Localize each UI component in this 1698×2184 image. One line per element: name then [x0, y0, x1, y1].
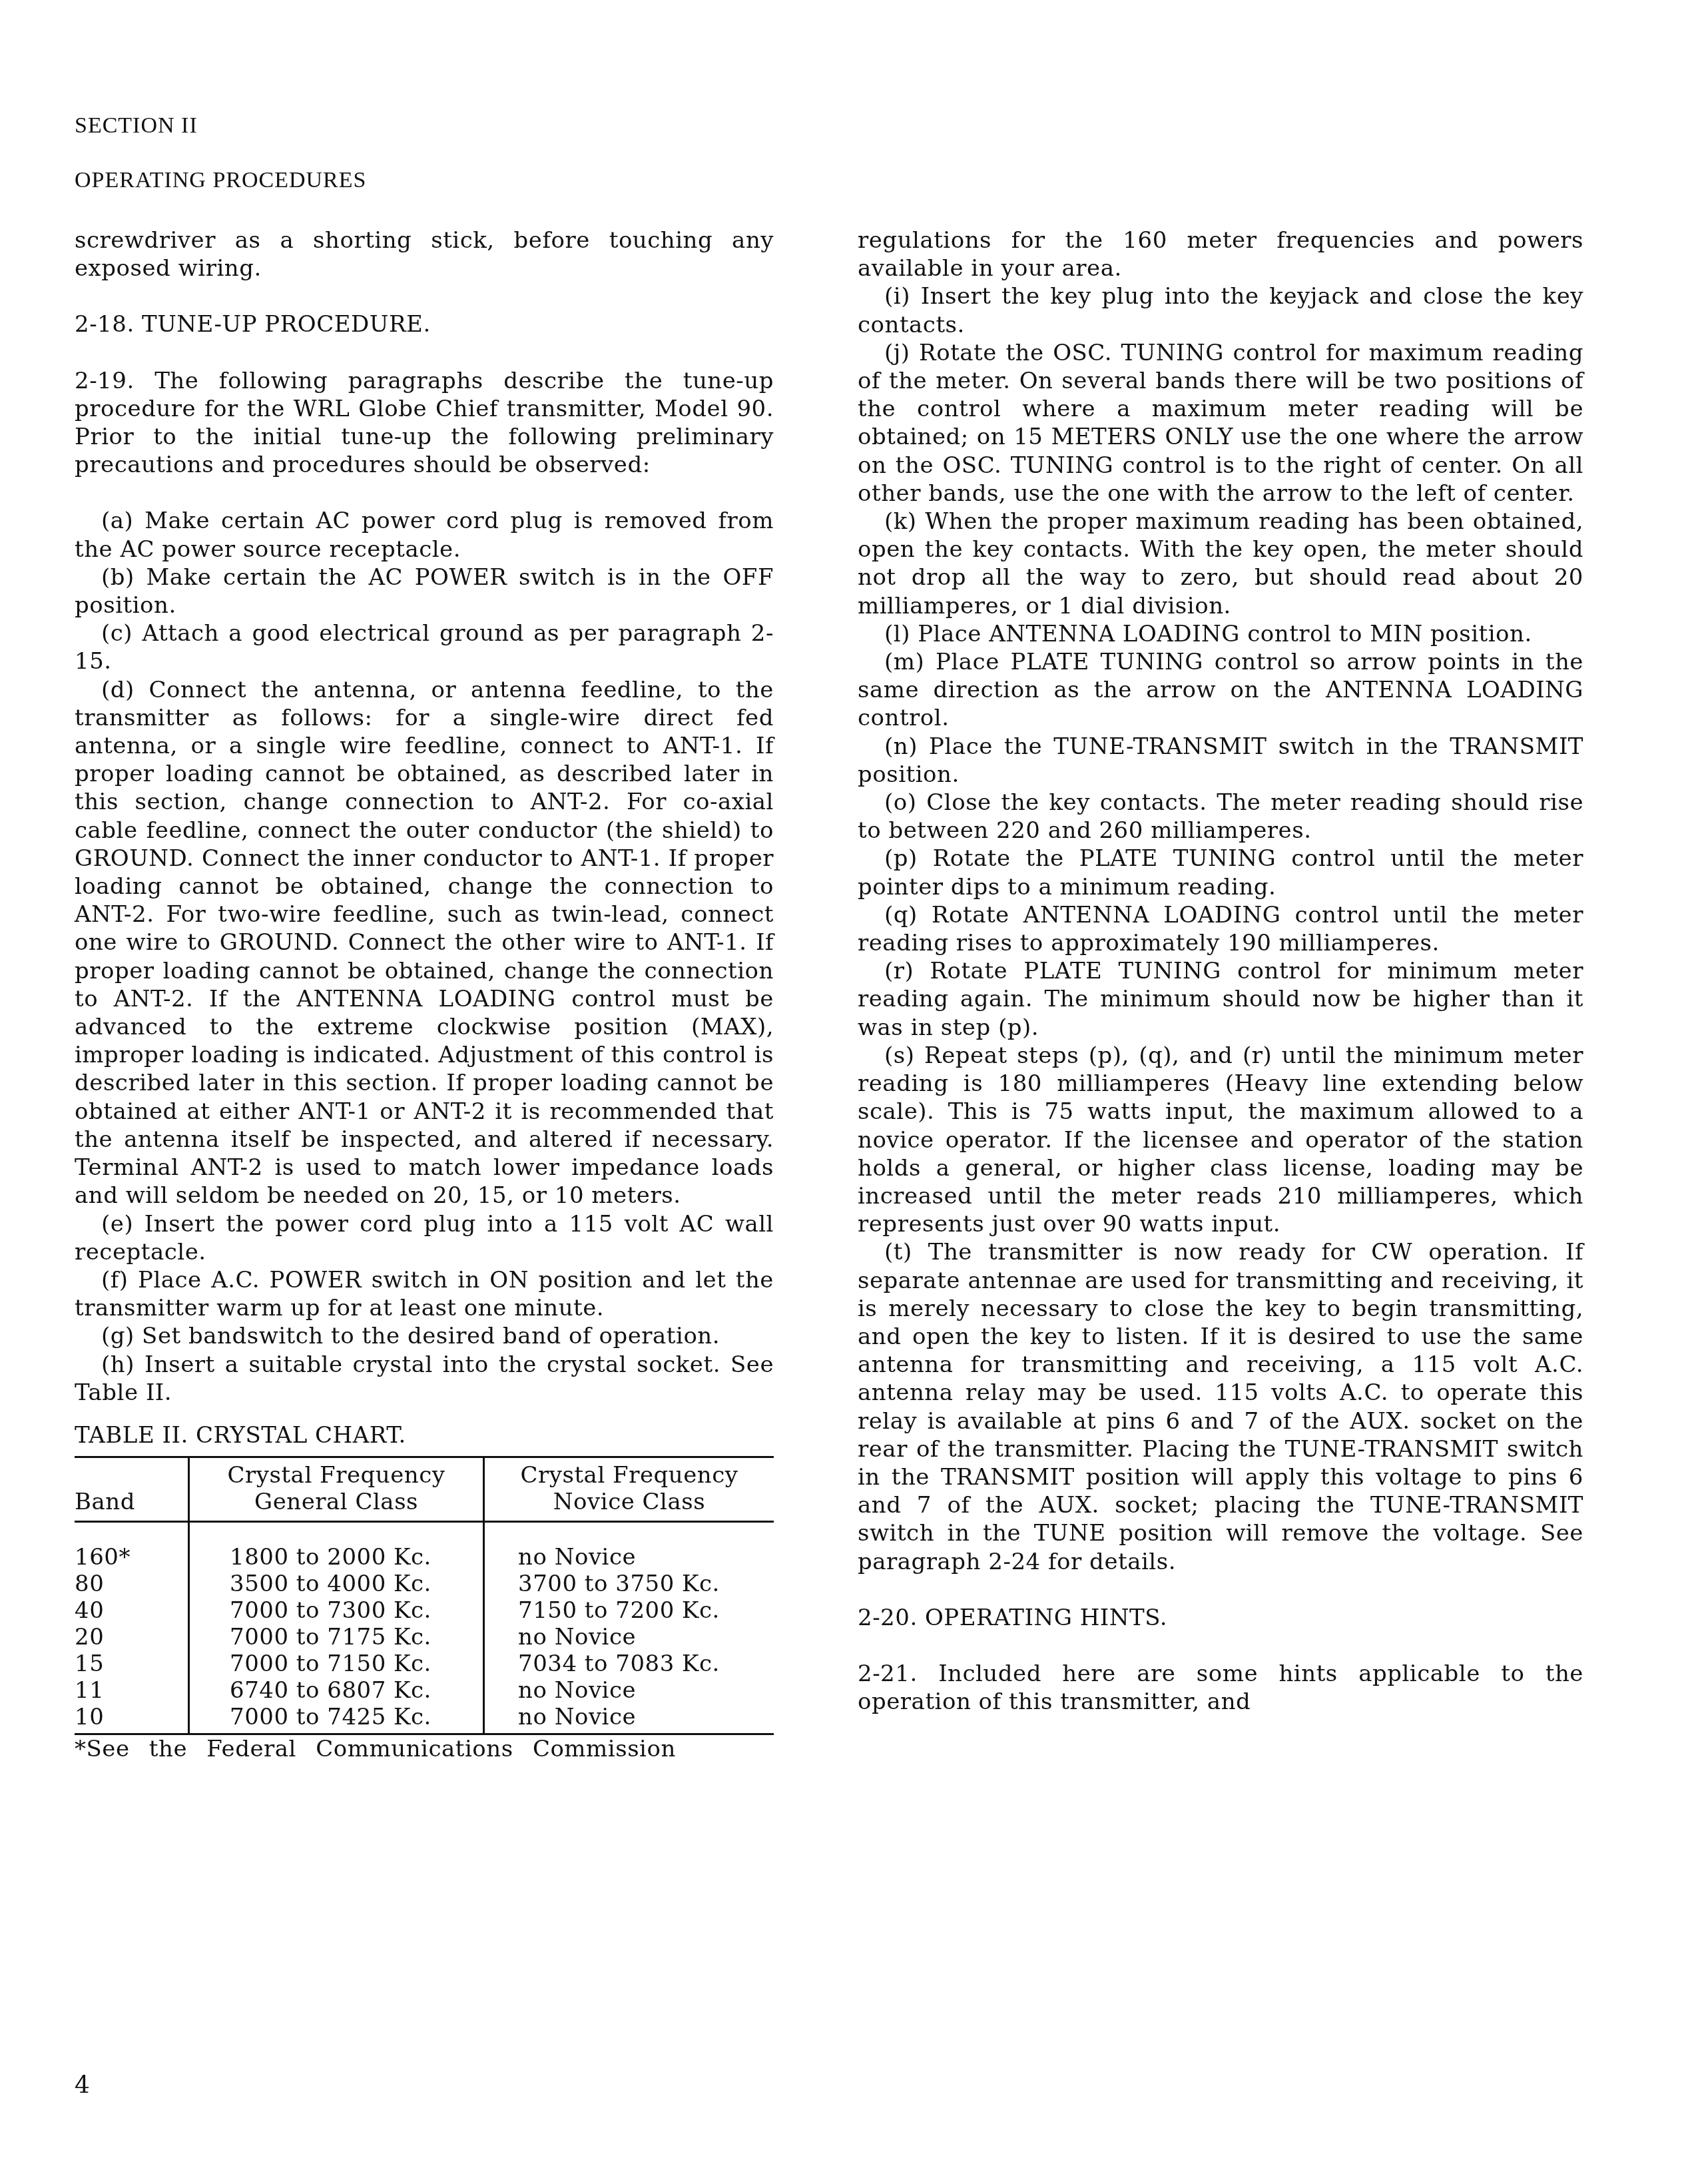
cell-general: 3500 to 4000 Kc. [189, 1571, 484, 1597]
step-b: (b) Make certain the AC POWER switch is … [75, 563, 774, 619]
header-general-class: Crystal Frequency General Class [189, 1457, 484, 1522]
cell-novice: no Novice [484, 1522, 774, 1571]
cell-band: 10 [75, 1704, 189, 1734]
step-c: (c) Attach a good electrical ground as p… [75, 619, 774, 675]
paragraph-2-19: 2-19. The following paragraphs describe … [75, 367, 774, 480]
table-header-row: Band Crystal Frequency General Class Cry… [75, 1457, 774, 1522]
cell-band: 11 [75, 1677, 189, 1704]
continuation-paragraph: regulations for the 160 meter frequencie… [858, 226, 1583, 282]
cell-general: 6740 to 6807 Kc. [189, 1677, 484, 1704]
cell-general: 1800 to 2000 Kc. [189, 1522, 484, 1571]
left-column: screwdriver as a shorting stick, before … [75, 226, 774, 1763]
table-row: 803500 to 4000 Kc.3700 to 3750 Kc. [75, 1571, 774, 1597]
cell-general: 7000 to 7300 Kc. [189, 1597, 484, 1624]
table-row: 407000 to 7300 Kc.7150 to 7200 Kc. [75, 1597, 774, 1624]
step-e: (e) Insert the power cord plug into a 11… [75, 1210, 774, 1266]
cell-band: 160* [75, 1522, 189, 1571]
step-q: (q) Rotate ANTENNA LOADING control until… [858, 901, 1583, 957]
right-column: regulations for the 160 meter frequencie… [858, 226, 1583, 1716]
table-row: 157000 to 7150 Kc.7034 to 7083 Kc. [75, 1650, 774, 1677]
cell-band: 20 [75, 1624, 189, 1650]
step-m: (m) Place PLATE TUNING control so arrow … [858, 648, 1583, 733]
cell-novice: 3700 to 3750 Kc. [484, 1571, 774, 1597]
cell-band: 40 [75, 1597, 189, 1624]
crystal-chart-table: Band Crystal Frequency General Class Cry… [75, 1456, 774, 1735]
section-title: OPERATING PROCEDURES [75, 168, 366, 193]
table-row: 160*1800 to 2000 Kc.no Novice [75, 1522, 774, 1571]
table-row: 107000 to 7425 Kc.no Novice [75, 1704, 774, 1734]
step-k: (k) When the proper maximum reading has … [858, 508, 1583, 620]
table-footnote: *See the Federal Communications Commissi… [75, 1735, 774, 1763]
step-r: (r) Rotate PLATE TUNING control for mini… [858, 957, 1583, 1042]
cell-general: 7000 to 7150 Kc. [189, 1650, 484, 1677]
step-h: (h) Insert a suitable crystal into the c… [75, 1351, 774, 1407]
header-novice-class: Crystal Frequency Novice Class [484, 1457, 774, 1522]
step-i: (i) Insert the key plug into the keyjack… [858, 282, 1583, 338]
cell-novice: no Novice [484, 1704, 774, 1734]
cell-general: 7000 to 7175 Kc. [189, 1624, 484, 1650]
step-a: (a) Make certain AC power cord plug is r… [75, 507, 774, 563]
heading-tune-up-procedure: 2-18. TUNE-UP PROCEDURE. [75, 310, 774, 338]
step-l: (l) Place ANTENNA LOADING control to MIN… [858, 620, 1583, 648]
cell-novice: no Novice [484, 1677, 774, 1704]
table-body: 160*1800 to 2000 Kc.no Novice803500 to 4… [75, 1522, 774, 1734]
cell-novice: 7034 to 7083 Kc. [484, 1650, 774, 1677]
page-number: 4 [75, 2071, 90, 2099]
cell-band: 15 [75, 1650, 189, 1677]
cell-novice: 7150 to 7200 Kc. [484, 1597, 774, 1624]
step-d: (d) Connect the antenna, or antenna feed… [75, 676, 774, 1210]
table-title: TABLE II. CRYSTAL CHART. [75, 1421, 774, 1449]
cell-band: 80 [75, 1571, 189, 1597]
intro-paragraph: screwdriver as a shorting stick, before … [75, 226, 774, 282]
header-band: Band [75, 1457, 189, 1522]
cell-general: 7000 to 7425 Kc. [189, 1704, 484, 1734]
heading-operating-hints: 2-20. OPERATING HINTS. [858, 1604, 1583, 1632]
table-row: 116740 to 6807 Kc.no Novice [75, 1677, 774, 1704]
step-g: (g) Set bandswitch to the desired band o… [75, 1322, 774, 1350]
step-t: (t) The transmitter is now ready for CW … [858, 1238, 1583, 1575]
step-n: (n) Place the TUNE-TRANSMIT switch in th… [858, 733, 1583, 789]
manual-page: SECTION II OPERATING PROCEDURES screwdri… [0, 0, 1698, 2184]
cell-novice: no Novice [484, 1624, 774, 1650]
step-p: (p) Rotate the PLATE TUNING control unti… [858, 845, 1583, 901]
step-j: (j) Rotate the OSC. TUNING control for m… [858, 339, 1583, 508]
paragraph-2-21: 2-21. Included here are some hints appli… [858, 1660, 1583, 1716]
step-o: (o) Close the key contacts. The meter re… [858, 789, 1583, 845]
step-s: (s) Repeat steps (p), (q), and (r) until… [858, 1042, 1583, 1238]
section-label: SECTION II [75, 113, 198, 139]
step-f: (f) Place A.C. POWER switch in ON positi… [75, 1266, 774, 1322]
table-row: 207000 to 7175 Kc.no Novice [75, 1624, 774, 1650]
